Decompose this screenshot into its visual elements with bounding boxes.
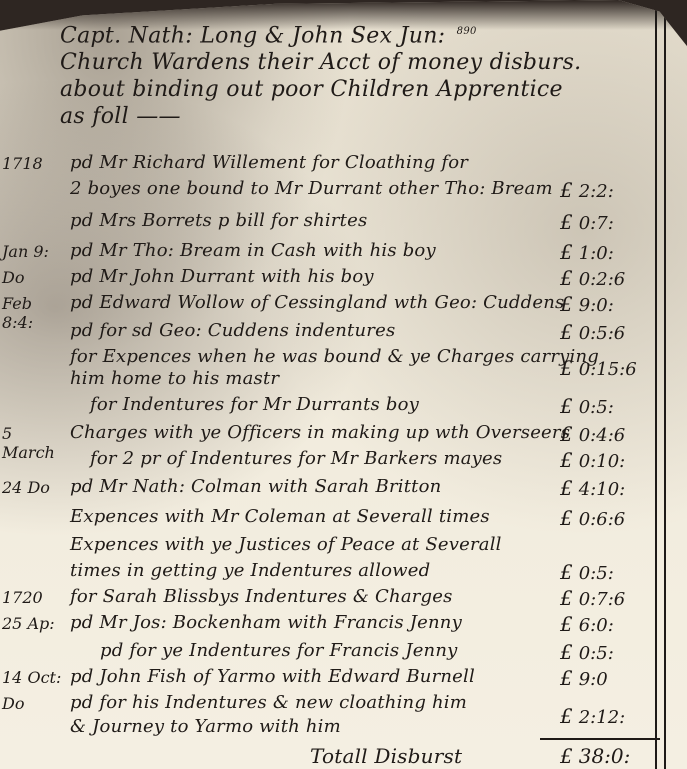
entry-date: Jan 9: bbox=[2, 242, 62, 261]
ledger-entry: 24 Do pd Mr Nath: Colman with Sarah Brit… bbox=[0, 474, 660, 502]
entry-description: Expences with Mr Coleman at Severall tim… bbox=[70, 506, 490, 527]
total-row: Totall Disburst £38:0: bbox=[0, 742, 660, 769]
entry-amount: £2:12: bbox=[560, 704, 652, 728]
entry-amount: £0:15:6 bbox=[560, 356, 652, 380]
entry-amount: £0:10: bbox=[560, 448, 652, 472]
entry-date: 1720 bbox=[2, 588, 62, 607]
ledger-entry: Expences with ye Justices of Peace at Se… bbox=[0, 532, 660, 560]
entry-description: Charges with ye Officers in making up wt… bbox=[70, 422, 570, 443]
ledger-entry: pd for sd Geo: Cuddens indentures £0:5:6 bbox=[0, 318, 660, 346]
entry-amount: £0:6:6 bbox=[560, 506, 652, 530]
entry-description: for Indentures for Mr Durrants boy bbox=[90, 394, 419, 415]
entry-amount: £0:5: bbox=[560, 394, 652, 418]
entry-amount: £0:7: bbox=[560, 210, 652, 234]
ledger-entry: pd for ye Indentures for Francis Jenny £… bbox=[0, 638, 660, 666]
entry-description: pd for ye Indentures for Francis Jenny bbox=[100, 640, 458, 661]
entry-amount: £0:2:6 bbox=[560, 266, 652, 290]
ledger-entry: 25 Ap: pd Mr Jos: Bockenham with Francis… bbox=[0, 610, 660, 638]
margin-rule bbox=[664, 10, 666, 769]
entry-amount: £1:0: bbox=[560, 240, 652, 264]
entry-description: pd for sd Geo: Cuddens indentures bbox=[70, 320, 395, 341]
entry-date: 1718 bbox=[2, 154, 62, 173]
entry-amount: £0:7:6 bbox=[560, 586, 652, 610]
account-heading: Capt. Nath: Long & John Sex Jun: 890 Chu… bbox=[60, 18, 650, 130]
entry-date: Do bbox=[2, 694, 62, 713]
entry-description: pd Mr John Durrant with his boy bbox=[70, 266, 374, 287]
entry-description: pd Mr Tho: Bream in Cash with his boy bbox=[70, 240, 436, 261]
ledger-entry: 2 boyes one bound to Mr Durrant other Th… bbox=[0, 176, 660, 204]
entry-date: Do bbox=[2, 268, 62, 287]
entry-amount: £0:5: bbox=[560, 640, 652, 664]
entry-amount: £4:10: bbox=[560, 476, 652, 500]
ledger-entry: Jan 9: pd Mr Tho: Bream in Cash with his… bbox=[0, 238, 660, 266]
entry-amount: £6:0: bbox=[560, 612, 652, 636]
entry-description: pd Mrs Borrets p bill for shirtes bbox=[70, 210, 367, 231]
entry-amount: £9:0 bbox=[560, 666, 652, 690]
ledger-entry: Feb 8:4: pd Edward Wollow of Cessingland… bbox=[0, 290, 660, 318]
entry-date: 25 Ap: bbox=[2, 614, 62, 633]
entry-description: pd Mr Jos: Bockenham with Francis Jenny bbox=[70, 612, 462, 633]
page-number: 890 bbox=[457, 26, 477, 37]
ledger-entry: times in getting ye Indentures allowed £… bbox=[0, 558, 660, 586]
ledger-entry: Do pd Mr John Durrant with his boy £0:2:… bbox=[0, 264, 660, 292]
ledger-entry: Expences with Mr Coleman at Severall tim… bbox=[0, 504, 660, 532]
entry-description: pd Edward Wollow of Cessingland wth Geo:… bbox=[70, 292, 564, 313]
entry-description: for Sarah Blissbys Indentures & Charges bbox=[70, 586, 453, 607]
entry-description: pd Mr Richard Willement for Cloathing fo… bbox=[70, 152, 468, 173]
entry-description: 2 boyes one bound to Mr Durrant other Th… bbox=[70, 178, 553, 199]
heading-line-3: about binding out poor Children Apprenti… bbox=[60, 76, 650, 103]
ledger-entry: 5 March Charges with ye Officers in maki… bbox=[0, 420, 660, 448]
entry-amount: £9:0: bbox=[560, 292, 652, 316]
heading-line-1: Capt. Nath: Long & John Sex Jun: 890 bbox=[60, 18, 650, 49]
entry-description: pd John Fish of Yarmo with Edward Burnel… bbox=[70, 666, 475, 687]
entry-amount: £0:4:6 bbox=[560, 422, 652, 446]
ledger-entry: 1720 for Sarah Blissbys Indentures & Cha… bbox=[0, 584, 660, 612]
ledger-entry: for 2 pr of Indentures for Mr Barkers ma… bbox=[0, 446, 660, 474]
entry-date: 14 Oct: bbox=[2, 668, 62, 687]
total-rule bbox=[540, 738, 660, 740]
entry-description: & Journey to Yarmo with him bbox=[70, 716, 341, 737]
ledger-entry: him home to his mastr £0:15:6 bbox=[0, 366, 660, 394]
entry-description: Expences with ye Justices of Peace at Se… bbox=[70, 534, 502, 555]
entry-description: for 2 pr of Indentures for Mr Barkers ma… bbox=[90, 448, 502, 469]
entry-amount: £0:5: bbox=[560, 560, 652, 584]
total-amount: £38:0: bbox=[560, 744, 652, 768]
entry-description: times in getting ye Indentures allowed bbox=[70, 560, 430, 581]
ledger-entry: for Indentures for Mr Durrants boy £0:5: bbox=[0, 392, 660, 420]
ledger-entry: pd Mrs Borrets p bill for shirtes £0:7: bbox=[0, 208, 660, 236]
entry-description: pd for his Indentures & new cloathing hi… bbox=[70, 692, 467, 713]
total-label: Totall Disburst bbox=[310, 744, 462, 768]
manuscript-page: Capt. Nath: Long & John Sex Jun: 890 Chu… bbox=[0, 0, 687, 769]
entry-description: pd Mr Nath: Colman with Sarah Britton bbox=[70, 476, 441, 497]
ledger-entry: 14 Oct: pd John Fish of Yarmo with Edwar… bbox=[0, 664, 660, 692]
heading-line-4: as foll —— bbox=[60, 103, 650, 130]
entry-amount: £2:2: bbox=[560, 178, 652, 202]
entry-date: 24 Do bbox=[2, 478, 62, 497]
entry-amount: £0:5:6 bbox=[560, 320, 652, 344]
ledger-entry: 1718 pd Mr Richard Willement for Cloathi… bbox=[0, 150, 660, 178]
entry-description: him home to his mastr bbox=[70, 368, 279, 389]
entry-description: for Expences when he was bound & ye Char… bbox=[70, 346, 599, 367]
heading-line-2: Church Wardens their Acct of money disbu… bbox=[60, 49, 650, 76]
